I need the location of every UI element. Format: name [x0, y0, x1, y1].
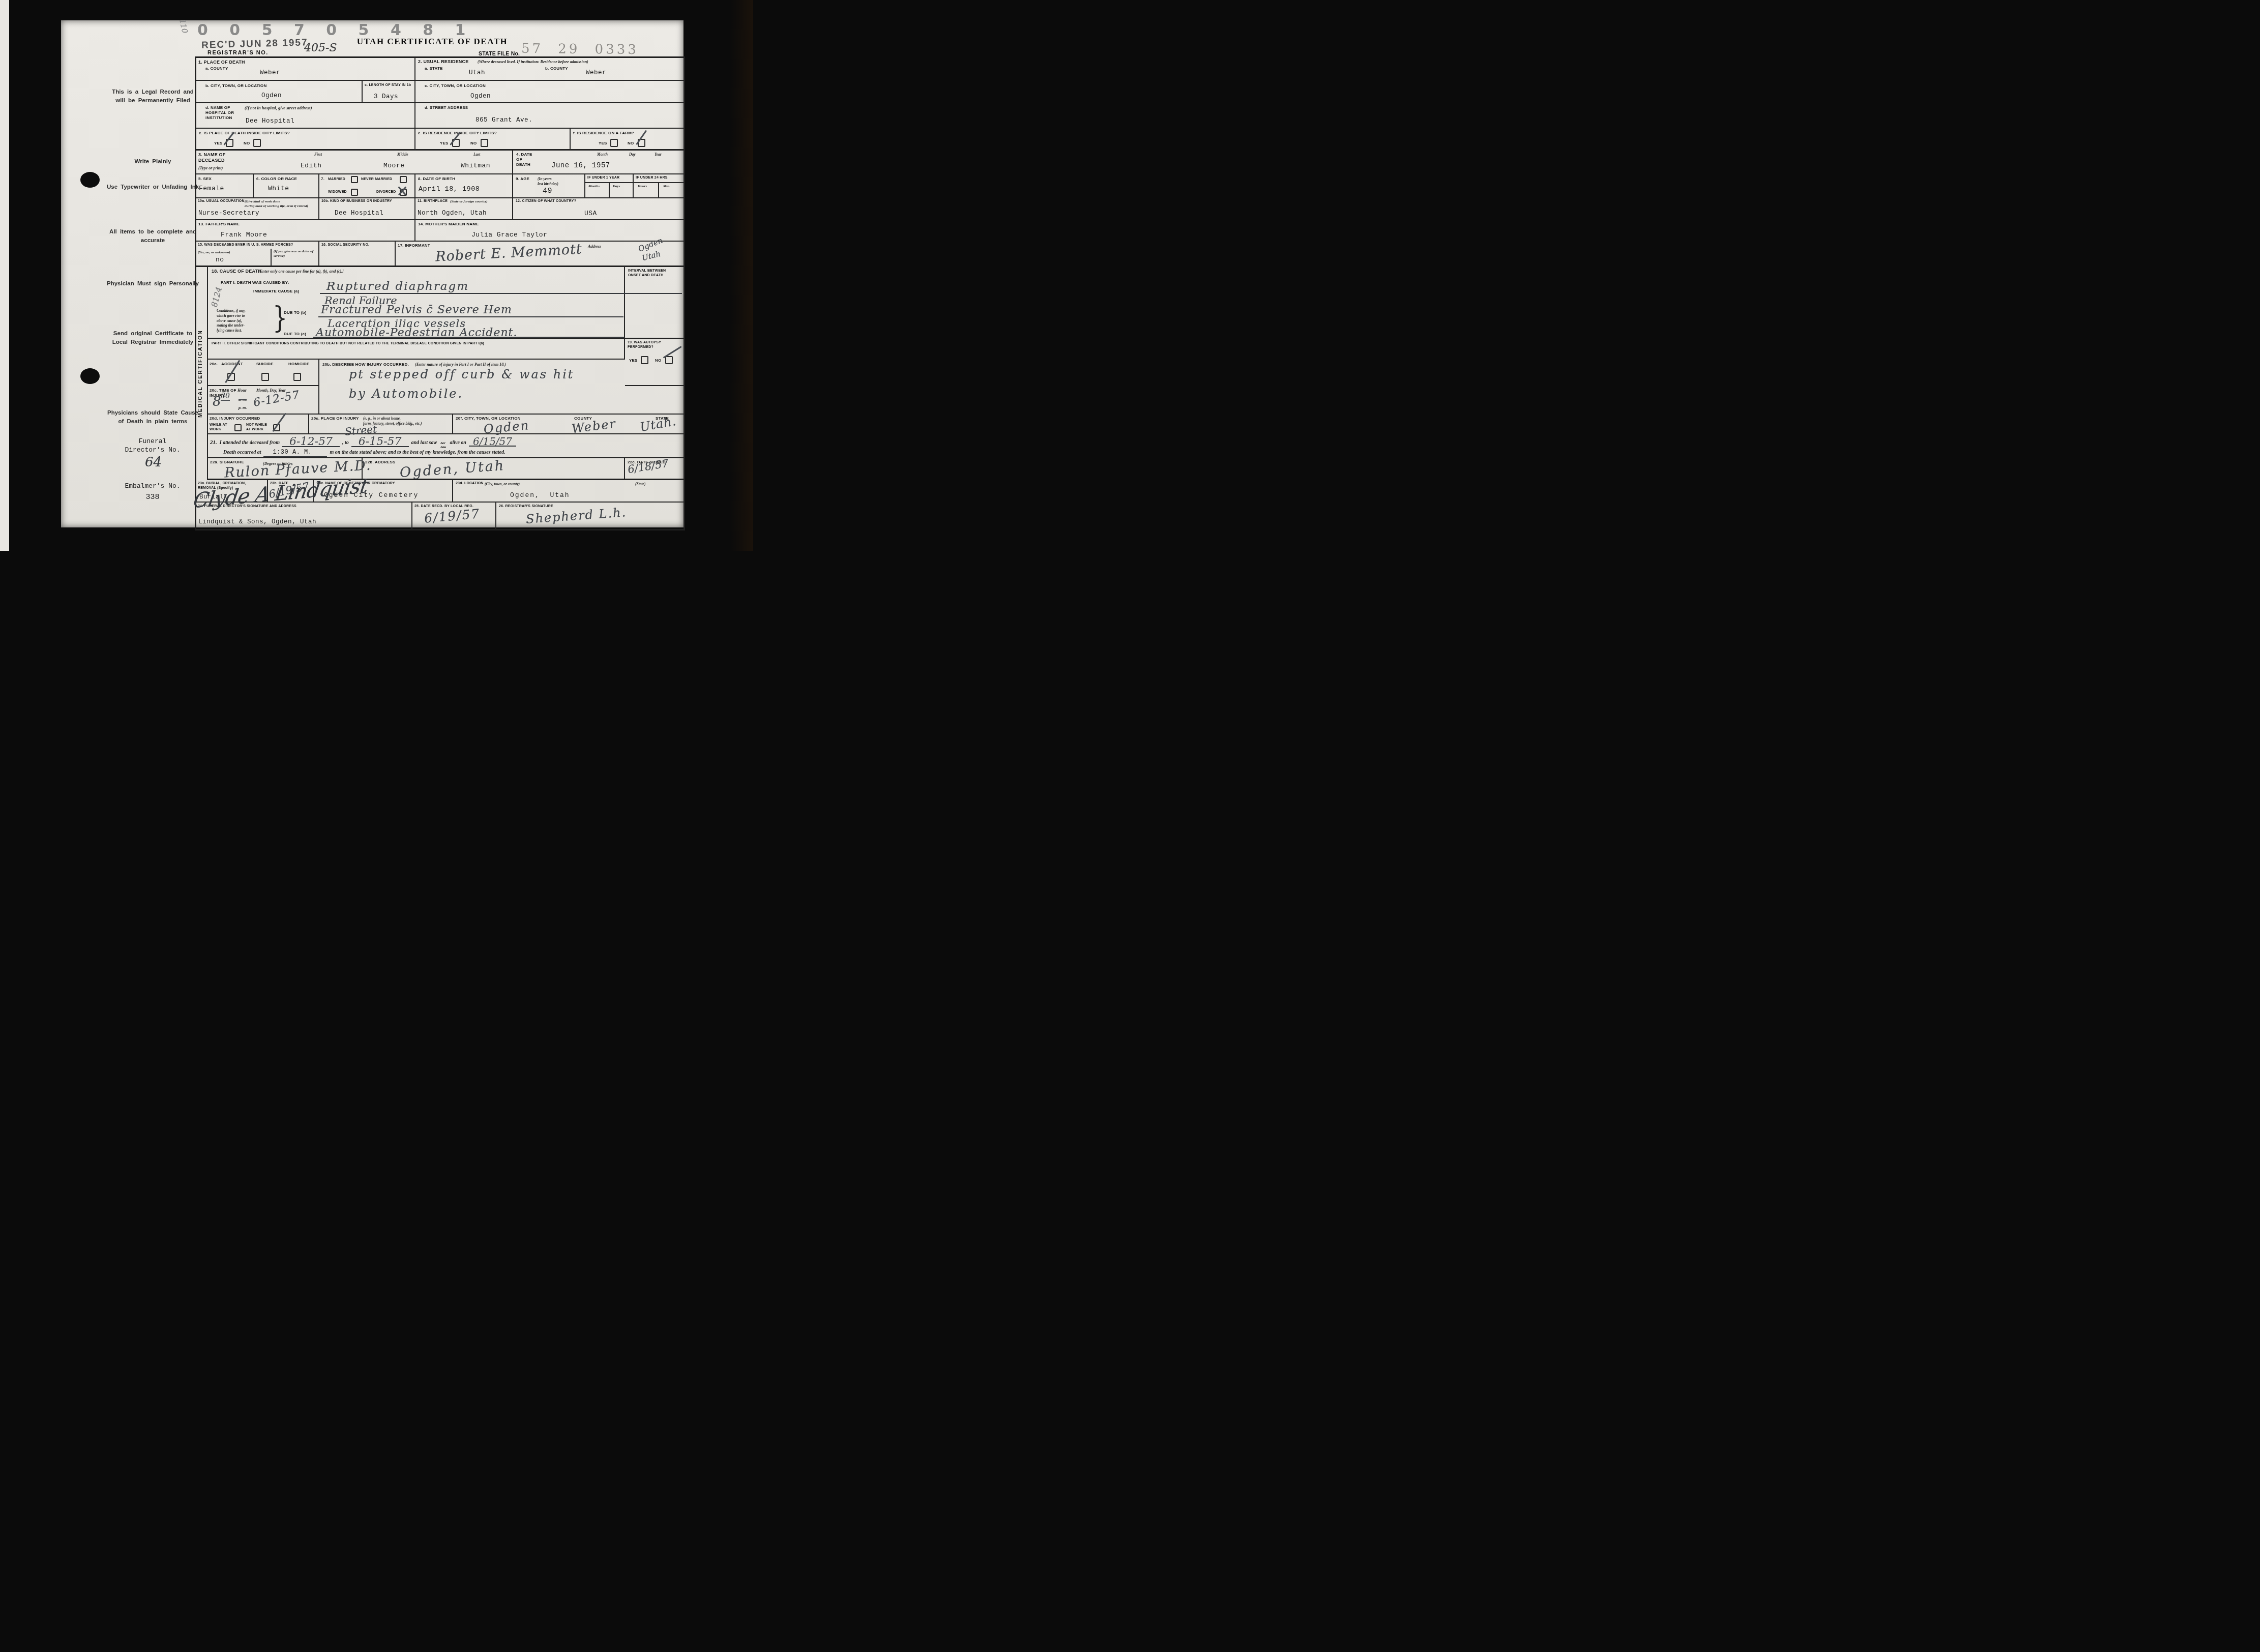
death-occurred-text: Death occurred at [223, 450, 261, 456]
injury-hour-handwriting: 8 [213, 395, 221, 408]
month-header: Month [597, 152, 608, 157]
widowed-label: WIDOWED [328, 190, 347, 195]
death-time-value: 1:30 A. M. [263, 449, 327, 457]
name-label: 3. NAME OF DECEASED [198, 152, 226, 164]
field-date-of-death: 4. DATE OF DEATH Month Day Year June 16,… [513, 151, 683, 174]
margin-note-typewriter: Use Typewriter or Unfading Ink [106, 183, 200, 192]
occupation-value: Nurse-Secretary [198, 210, 259, 217]
occupation-label: 10a. USUAL OCCUPATION [198, 199, 245, 204]
embalmers-no-label: Embalmer's No. [109, 482, 196, 491]
cemetery-location-value: Ogden, Utah [510, 491, 570, 499]
field-injury-occurred: 20d. INJURY OCCURRED WHILE AT WORK NOT W… [208, 415, 309, 434]
hospital-label: d. NAME OF HOSPITAL OR INSTITUTION [205, 105, 234, 121]
business-industry-label: 10b. KIND OF BUSINESS OR INDUSTRY [321, 199, 392, 204]
suicide-label: SUICIDE [256, 362, 274, 367]
field-hospital: d. NAME OF HOSPITAL OR INSTITUTION (If n… [196, 103, 415, 129]
citizen-label: 12. CITIZEN OF WHAT COUNTRY? [516, 199, 576, 204]
field-20a-number: 20a. [210, 362, 218, 367]
last-name-value: Whitman [461, 162, 490, 170]
color-race-value: White [268, 185, 289, 193]
field-occupation: 10a. USUAL OCCUPATION (Give kind of work… [196, 198, 319, 220]
checkbox-never-married [400, 176, 407, 183]
no-label: NO [628, 141, 634, 146]
mothers-maiden-name-label: 14. MOTHER'S MAIDEN NAME [418, 222, 479, 227]
field-citizen: 12. CITIZEN OF WHAT COUNTRY? USA [513, 198, 683, 220]
date-of-birth-value: April 18, 1908 [419, 186, 480, 194]
margin-note-write-plainly: Write Plainly [106, 158, 200, 166]
registrars-no-value: 405-S [304, 43, 337, 54]
residence-city-label: c. CITY, TOWN, OR LOCATION [425, 83, 486, 88]
death-city-limits-label: e. IS PLACE OF DEATH INSIDE CITY LIMITS? [199, 131, 290, 136]
field-if-under-24-hrs: IF UNDER 24 HRS. Hours Min. [634, 174, 683, 198]
field-birthplace: 11. BIRTHPLACE (State or foreign country… [415, 198, 513, 220]
while-at-work-label: WHILE AT WORK [210, 423, 227, 432]
funeral-directors-no-label: Funeral Director's No. [109, 437, 196, 455]
field-sex: 5. SEX Female [196, 174, 254, 198]
citizen-value: USA [584, 210, 597, 218]
first-name-value: Edith [301, 162, 322, 170]
residence-city-value: Ogden [470, 93, 491, 100]
certificate-title: UTAH CERTIFICATE OF DEATH [356, 37, 509, 47]
business-industry-value: Dee Hospital [335, 210, 383, 217]
attended-text4: alive on [450, 440, 466, 446]
funeral-director-value: Lindquist & Sons, Ogden, Utah [198, 518, 316, 526]
yes-label: YES [599, 141, 607, 146]
registrar-signature-label: 26. REGISTRAR'S SIGNATURE [499, 505, 553, 509]
checkbox-autopsy-yes [641, 356, 648, 364]
never-married-label: NEVER MARRIED [361, 178, 392, 182]
describe-injury-note: (Enter nature of injury in Part I or Par… [415, 362, 506, 367]
checkbox-while-at-work [234, 424, 242, 431]
color-race-label: 6. COLOR OR RACE [256, 176, 297, 182]
certificate-form: 1. PLACE OF DEATH a. COUNTY Weber 2. USU… [195, 56, 685, 530]
middle-name-value: Moore [383, 162, 405, 170]
no-label: NO [470, 141, 477, 146]
attended-text2: , to [342, 440, 349, 446]
divider [658, 182, 659, 198]
county-label: a. COUNTY [205, 66, 228, 71]
injury-minutes-handwriting: 30 [221, 393, 230, 401]
age-value: 49 [543, 187, 552, 196]
married-label: MARRIED [328, 178, 345, 182]
homicide-label: HOMICIDE [288, 362, 310, 367]
field-death-city-limits: e. IS PLACE OF DEATH INSIDE CITY LIMITS?… [196, 129, 415, 151]
last-seen-date: 6/15/57 [469, 438, 516, 447]
field-attended-statement: 21. I attended the deceased from 6-12-57… [208, 434, 683, 458]
accident-label: ACCIDENT [221, 362, 243, 367]
pencil-prefix-mark: 110 [178, 18, 189, 34]
occupation-note: (Give kind of work done during most of w… [245, 199, 308, 209]
field-marital-status: 7. MARRIED NEVER MARRIED WIDOWED DIVORCE… [319, 174, 415, 198]
hours-header: Hours [638, 184, 647, 189]
field-mothers-maiden-name: 14. MOTHER'S MAIDEN NAME Julia Grace Tay… [415, 220, 683, 242]
field-place-of-death: 1. PLACE OF DEATH a. COUNTY Weber [196, 58, 415, 81]
margin-note-physician-sign: Physician Must sign Personally [106, 280, 200, 288]
field-residence-farm: f. IS RESIDENCE ON A FARM? YES NO [571, 129, 683, 151]
field-residence-city-limits: e. IS RESIDENCE INSIDE CITY LIMITS? YES … [415, 129, 571, 151]
mothers-maiden-name-value: Julia Grace Taylor [471, 231, 547, 239]
residence-farm-label: f. IS RESIDENCE ON A FARM? [573, 131, 634, 136]
attended-from-date: 6-12-57 [282, 438, 340, 447]
margin-note-plain-terms: Physicians should State Cause of Death i… [106, 409, 200, 427]
death-city-value: Ogden [261, 92, 282, 100]
divider [609, 182, 610, 198]
certificate-paper: 110 0 0 5 7 0 5 4 8 1 REC'D JUN 28 1957 … [61, 20, 683, 527]
residence-state-value: Utah [469, 69, 485, 77]
cause-of-death-label: 18. CAUSE OF DEATH [212, 269, 261, 274]
checkbox-death-limits-no [253, 139, 261, 147]
attended-number: 21. [210, 439, 217, 446]
field-business-industry: 10b. KIND OF BUSINESS OR INDUSTRY Dee Ho… [319, 198, 415, 220]
injury-city-handwriting: Ogden [483, 419, 530, 435]
checkbox-homicide [293, 373, 301, 381]
margin-note-send-original: Send original Certificate to Local Regis… [106, 330, 200, 347]
days-header: Days [613, 184, 620, 189]
fathers-name-label: 13. FATHER'S NAME [198, 222, 240, 227]
field-social-security: 16. SOCIAL SECURITY NO. [319, 242, 396, 267]
field-part2: PART II. OTHER SIGNIFICANT CONDITIONS CO… [208, 339, 625, 360]
checkbox-farm-yes [610, 139, 618, 147]
place-of-injury-label: 20e. PLACE OF INJURY [311, 416, 359, 421]
field-residence-city: c. CITY, TOWN, OR LOCATION Ogden [415, 81, 683, 103]
middle-header: Middle [397, 152, 408, 157]
field-fathers-name: 13. FATHER'S NAME Frank Moore [196, 220, 415, 242]
attended-text3: and last saw [411, 440, 437, 446]
pm-label: p. m. [239, 405, 247, 410]
medical-certification-strip: MEDICAL CERTIFICATION [196, 267, 208, 480]
field-place-of-injury: 20e. PLACE OF INJURY (e. g., in or about… [309, 415, 453, 434]
yes-label: YES [440, 141, 449, 146]
date-of-birth-label: 8. DATE OF BIRTH [418, 176, 455, 182]
state-file-number-stamp: 57 29 0333 [521, 41, 639, 57]
conditions-note: Conditions, if any, which gave rise to a… [217, 308, 274, 333]
cause-b1-handwriting: Fractured Pelvis c̄ Severe Hem [321, 305, 512, 316]
margin-note-complete: All items to be complete and accurate [106, 228, 200, 246]
fathers-name-value: Frank Moore [221, 231, 267, 239]
field-age: 9. AGE (In years last birthday) 49 [513, 174, 585, 198]
interval-label: INTERVAL BETWEEN ONSET AND DEATH [628, 269, 666, 278]
divorced-label: DIVORCED [376, 190, 396, 195]
under-1-year-header: IF UNDER 1 YEAR [587, 176, 619, 181]
first-header: First [314, 152, 322, 157]
armed-forces-note1: (Yes, no, or unknown) [198, 250, 230, 255]
injury-description-line2: by Automobile. [349, 388, 463, 400]
sex-value: Female [199, 185, 224, 193]
cause-a-underline [320, 293, 682, 294]
checkbox-married [351, 176, 358, 183]
cause-of-death-note: [Enter only one cause per line for (a), … [258, 269, 344, 274]
no-label: NO [655, 358, 661, 363]
residence-county-label: b. COUNTY [545, 66, 568, 71]
field-armed-forces: 15. WAS DECEASED EVER IN U. S. ARMED FOR… [196, 242, 319, 267]
am-label: a. m. [239, 397, 247, 402]
field-name-of-deceased: 3. NAME OF DECEASED (Type or print) Firs… [196, 151, 513, 174]
checkbox-suicide [261, 373, 269, 381]
no-label: NO [244, 141, 250, 146]
field-autopsy: 19. WAS AUTOPSY PERFORMED? YES NO [625, 339, 683, 386]
hour-header: Hour [237, 388, 247, 393]
year-header: Year [655, 152, 662, 157]
field-street-address: d. STREET ADDRESS 865 Grant Ave. [415, 103, 683, 129]
field-date-of-birth: 8. DATE OF BIRTH April 18, 1908 [415, 174, 513, 198]
brace-glyph: } [273, 303, 287, 333]
place-of-death-label: 1. PLACE OF DEATH [198, 60, 245, 65]
date-of-death-value: June 16, 1957 [551, 162, 610, 170]
injury-occurred-label: 20d. INJURY OCCURRED [210, 416, 260, 421]
field-length-of-stay: c. LENGTH OF STAY IN 1b 3 Days [363, 81, 415, 103]
hospital-value: Dee Hospital [246, 117, 294, 125]
embalmers-no-value: 338 [109, 492, 196, 503]
county-value: Weber [260, 69, 280, 77]
part1-label: PART I. DEATH WAS CAUSED BY: [221, 280, 289, 285]
informant-label: 17. INFORMANT [398, 243, 430, 248]
injury-description-line1: pt stepped off curb & was hit [349, 368, 575, 380]
death-occurred-text2: m on the date stated above; and to the b… [330, 450, 505, 456]
margin-note-legal-record: This is a Legal Record and will be Perma… [106, 88, 200, 106]
last-header: Last [473, 152, 480, 157]
armed-forces-note2: (If yes, give war or dates of service) [274, 249, 317, 258]
armed-forces-value: no [216, 256, 224, 264]
cemetery-location-note: (City, town, or county) [485, 482, 520, 487]
name-note: (Type or print) [198, 166, 223, 171]
field-usual-residence: 2. USUAL RESIDENCE (Where deceased lived… [415, 58, 683, 81]
field-death-city: b. CITY, TOWN, OR LOCATION Ogden [196, 81, 363, 103]
due-to-b-label: DUE TO (b) [284, 310, 307, 315]
sex-label: 5. SEX [198, 176, 212, 182]
immediate-cause-label: IMMEDIATE CAUSE (a) [253, 289, 299, 294]
hole-punch-bottom [80, 368, 100, 384]
marital-label: 7. [321, 176, 324, 182]
armed-forces-label: 15. WAS DECEASED EVER IN U. S. ARMED FOR… [198, 243, 293, 248]
field-cemetery-location: 23d. LOCATION (City, town, or county) (S… [453, 480, 683, 503]
state-note: (State) [635, 482, 645, 487]
scanned-death-certificate: 110 0 0 5 7 0 5 4 8 1 REC'D JUN 28 1957 … [0, 0, 753, 551]
months-header: Months [588, 184, 600, 189]
checkbox-widowed [351, 189, 358, 196]
yes-label: YES [629, 358, 638, 363]
hole-punch-top [80, 172, 100, 188]
funeral-directors-no-value: 64 [145, 456, 162, 469]
divider [271, 249, 272, 267]
field-interval-column: INTERVAL BETWEEN ONSET AND DEATH [625, 267, 683, 339]
birthplace-note: (State or foreign country) [450, 199, 488, 204]
part2-label: PART II. OTHER SIGNIFICANT CONDITIONS CO… [212, 342, 618, 346]
received-date-stamp: REC'D JUN 28 1957 [201, 37, 308, 51]
under-24-hrs-header: IF UNDER 24 HRS. [636, 176, 669, 181]
usual-residence-label: 2. USUAL RESIDENCE [418, 59, 468, 65]
hospital-note: (If not in hospital, give street address… [245, 105, 312, 111]
length-of-stay-label: c. LENGTH OF STAY IN 1b [365, 83, 411, 88]
field-accident-suicide-homicide: 20a. ACCIDENT SUICIDE HOMICIDE [208, 360, 319, 386]
length-of-stay-value: 3 Days [374, 93, 398, 101]
age-label: 9. AGE [516, 176, 529, 182]
birthplace-label: 11. BIRTHPLACE [418, 199, 448, 204]
field-color-race: 6. COLOR OR RACE White [254, 174, 319, 198]
min-header: Min. [663, 184, 670, 189]
birthplace-value: North Ogden, Utah [418, 210, 487, 217]
informant-address-label: Address [588, 244, 601, 249]
cause-a1-handwriting: Ruptured diaphragm [326, 281, 469, 292]
registrars-no-label: REGISTRAR'S NO. [207, 50, 269, 57]
age-note: (In years last birthday) [538, 176, 558, 187]
attended-to-date: 6-15-57 [351, 438, 409, 447]
describe-injury-label: 20b. DESCRIBE HOW INJURY OCCURRED. [322, 362, 409, 367]
field-if-under-1-year: IF UNDER 1 YEAR Months Days [585, 174, 634, 198]
scan-edge-strip [0, 0, 9, 551]
date-of-death-label: 4. DATE OF DEATH [516, 152, 532, 167]
residence-county-value: Weber [586, 69, 606, 77]
death-city-label: b. CITY, TOWN, OR LOCATION [205, 83, 266, 88]
usual-residence-note: (Where deceased lived. If institution: R… [478, 60, 588, 65]
autopsy-label: 19. WAS AUTOPSY PERFORMED? [628, 341, 661, 350]
cemetery-location-label: 23d. LOCATION [456, 482, 484, 486]
social-security-label: 16. SOCIAL SECURITY NO. [321, 243, 369, 248]
cause-c-underline [313, 337, 625, 338]
checkbox-residence-limits-no [481, 139, 488, 147]
street-address-label: d. STREET ADDRESS [425, 105, 468, 110]
day-header: Day [629, 152, 636, 157]
yes-label: YES [214, 141, 223, 146]
street-address-value: 865 Grant Ave. [475, 116, 532, 124]
not-while-at-work-label: NOT WHILE AT WORK [246, 423, 267, 432]
attended-text1: I attended the deceased from [220, 440, 280, 446]
residence-state-label: a. STATE [425, 66, 443, 71]
scan-right-shadow [730, 0, 753, 551]
medical-certification-vertical-label: MEDICAL CERTIFICATION [197, 295, 203, 453]
checkbox-autopsy-no [665, 356, 673, 364]
due-to-c-label: DUE TO (c) [284, 332, 306, 337]
